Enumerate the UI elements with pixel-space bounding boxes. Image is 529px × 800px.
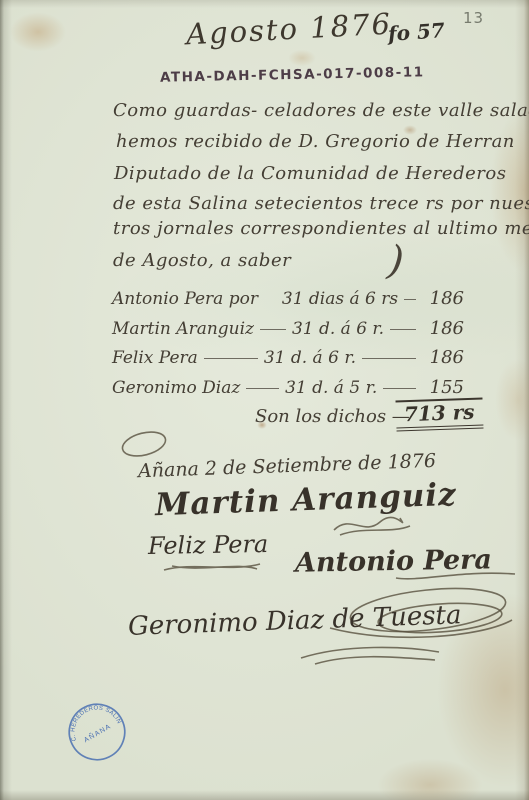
stamp-center-text: AÑANA bbox=[82, 721, 113, 744]
days-rate: 31 d. á 5 r. bbox=[285, 378, 377, 398]
worker-name: Felix Pera bbox=[112, 348, 198, 368]
dash-rule bbox=[246, 388, 279, 389]
amount: 155 bbox=[422, 377, 464, 398]
body-line: tros jornales correspondientes al ultimo… bbox=[113, 218, 529, 239]
body-line: de esta Salina setecientos trece rs por … bbox=[113, 193, 529, 214]
dash-rule bbox=[260, 329, 286, 330]
amount: 186 bbox=[422, 318, 464, 339]
worker-name: Antonio Pera por bbox=[112, 289, 258, 309]
body-line: de Agosto, a saber bbox=[113, 250, 291, 271]
dash-rule bbox=[383, 388, 416, 389]
wage-row: Felix Pera 31 d. á 6 r. 186 bbox=[112, 347, 464, 368]
total-amount: 713 rs bbox=[395, 397, 483, 431]
document-scan: 13 Agosto 1876 fo 57 ATHA-DAH-FCHSA-017-… bbox=[0, 0, 529, 800]
amount: 186 bbox=[422, 288, 464, 309]
wage-row: Martin Aranguiz 31 d. á 6 r. 186 bbox=[112, 318, 464, 339]
days-rate: 31 d. á 6 r. bbox=[264, 348, 356, 368]
dash-rule bbox=[204, 358, 258, 359]
wage-row: Geronimo Diaz 31 d. á 5 r. 155 bbox=[112, 377, 464, 398]
body-line: hemos recibido de D. Gregorio de Herran bbox=[116, 131, 515, 152]
header-folio: fo 57 bbox=[387, 18, 445, 46]
archive-reference: ATHA-DAH-FCHSA-017-008-11 bbox=[160, 64, 425, 86]
dash-rule bbox=[390, 329, 416, 330]
page-number: 13 bbox=[463, 9, 484, 27]
body-line: Como guardas- celadores de este valle sa… bbox=[113, 100, 529, 121]
days-rate: 31 dias á 6 rs bbox=[282, 289, 398, 309]
worker-name: Martin Aranguiz bbox=[112, 319, 254, 339]
signature-rubric bbox=[162, 560, 262, 574]
total-label: Son los dichos — bbox=[255, 406, 410, 427]
worker-name: Geronimo Diaz bbox=[112, 378, 240, 398]
signature-rubric bbox=[295, 642, 445, 668]
signature-feliz-pera: Feliz Pera bbox=[148, 530, 269, 560]
amount: 186 bbox=[422, 347, 464, 368]
header-month-year: Agosto 1876 bbox=[185, 7, 392, 52]
dateline: Añana 2 de Setiembre de 1876 bbox=[138, 450, 437, 482]
body-line: Diputado de la Comunidad de Herederos bbox=[114, 163, 506, 184]
heirs-community-stamp: C. HEREDEROS SALINAS AÑANA bbox=[53, 688, 141, 776]
days-rate: 31 d. á 6 r. bbox=[292, 319, 384, 339]
ink-flourish bbox=[118, 428, 170, 460]
wage-row: Antonio Pera por 31 dias á 6 rs 186 bbox=[112, 288, 464, 309]
dash-rule bbox=[404, 299, 416, 300]
dash-rule bbox=[362, 358, 416, 359]
signature-rubric bbox=[330, 512, 416, 538]
closing-brace-flourish: ) bbox=[386, 237, 406, 284]
